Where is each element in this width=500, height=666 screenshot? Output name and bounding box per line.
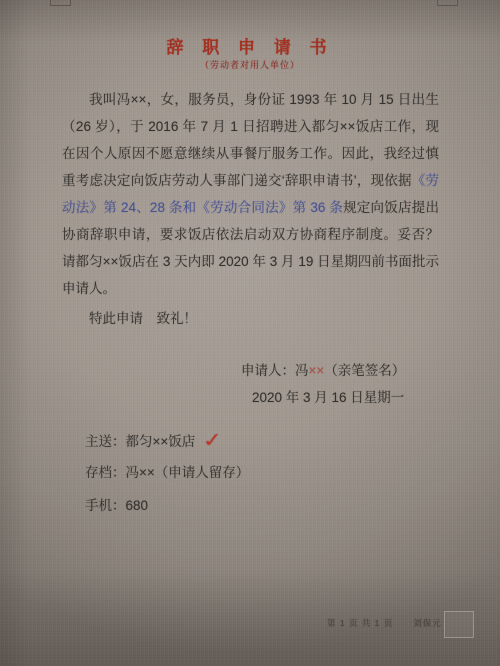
checkmark-icon: ✓ xyxy=(201,429,224,452)
letter-content: 辞 职 申 请 书 （劳动者对用人单位） 我叫冯××，女，服务员，身份证 199… xyxy=(0,0,500,666)
main-send-line: 主送：都匀××饭店✓ xyxy=(85,430,249,463)
body-part1: 我叫冯××，女，服务员，身份证 1993 年 10 月 15 日出生（26 岁）… xyxy=(62,92,439,188)
signature-block: 申请人：冯××（亲笔签名） 2020 年 3 月 16 日星期一 xyxy=(241,357,405,411)
letter-body: 我叫冯××，女，服务员，身份证 1993 年 10 月 15 日出生（26 岁）… xyxy=(62,86,439,332)
body-paragraph: 我叫冯××，女，服务员，身份证 1993 年 10 月 15 日出生（26 岁）… xyxy=(62,86,439,302)
applicant-redacted-name: ×× xyxy=(309,363,325,378)
resignation-letter-photo: 辞 职 申 请 书 （劳动者对用人单位） 我叫冯××，女，服务员，身份证 199… xyxy=(0,0,500,666)
applicant-prefix: 申请人：冯 xyxy=(241,363,309,378)
page-footer: 第 1 页 共 1 页刘保元 xyxy=(327,617,442,629)
footer-highlight-box xyxy=(444,611,474,638)
main-send-text: 主送：都匀××饭店 xyxy=(85,434,195,449)
page-number: 第 1 页 共 1 页 xyxy=(327,618,393,628)
applicant-suffix: （亲笔签名） xyxy=(324,363,405,378)
reviewer-name: 刘保元 xyxy=(413,618,442,628)
distribution-block: 主送：都匀××饭店✓ 存档：冯××（申请人留存） 手机：680 xyxy=(85,430,249,529)
archive-line: 存档：冯××（申请人留存） xyxy=(85,463,249,496)
applicant-line: 申请人：冯××（亲笔签名） xyxy=(241,357,405,384)
letter-title: 辞 职 申 请 书 xyxy=(0,33,500,58)
crop-mark-top-left xyxy=(50,0,71,6)
closing-line: 特此申请 致礼！ xyxy=(62,305,439,332)
letter-subtitle: （劳动者对用人单位） xyxy=(0,58,500,71)
date-line: 2020 年 3 月 16 日星期一 xyxy=(241,384,405,411)
phone-line: 手机：680 xyxy=(85,496,249,529)
crop-mark-top-right xyxy=(437,0,458,6)
